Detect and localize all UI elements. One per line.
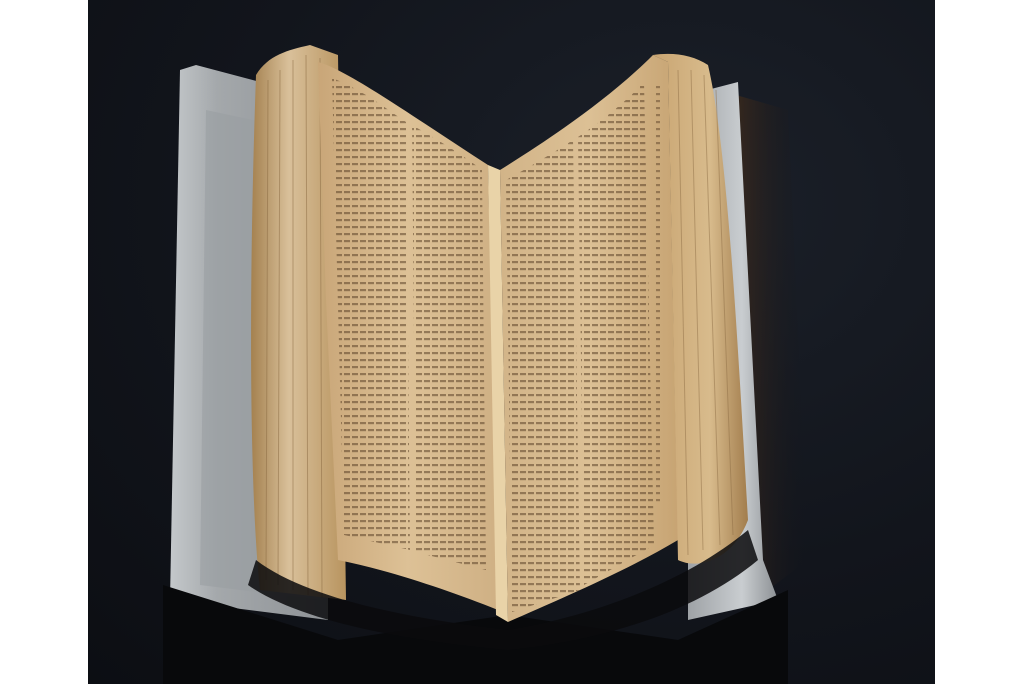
book-on-stand-illustration	[88, 0, 935, 684]
photograph	[88, 0, 935, 684]
